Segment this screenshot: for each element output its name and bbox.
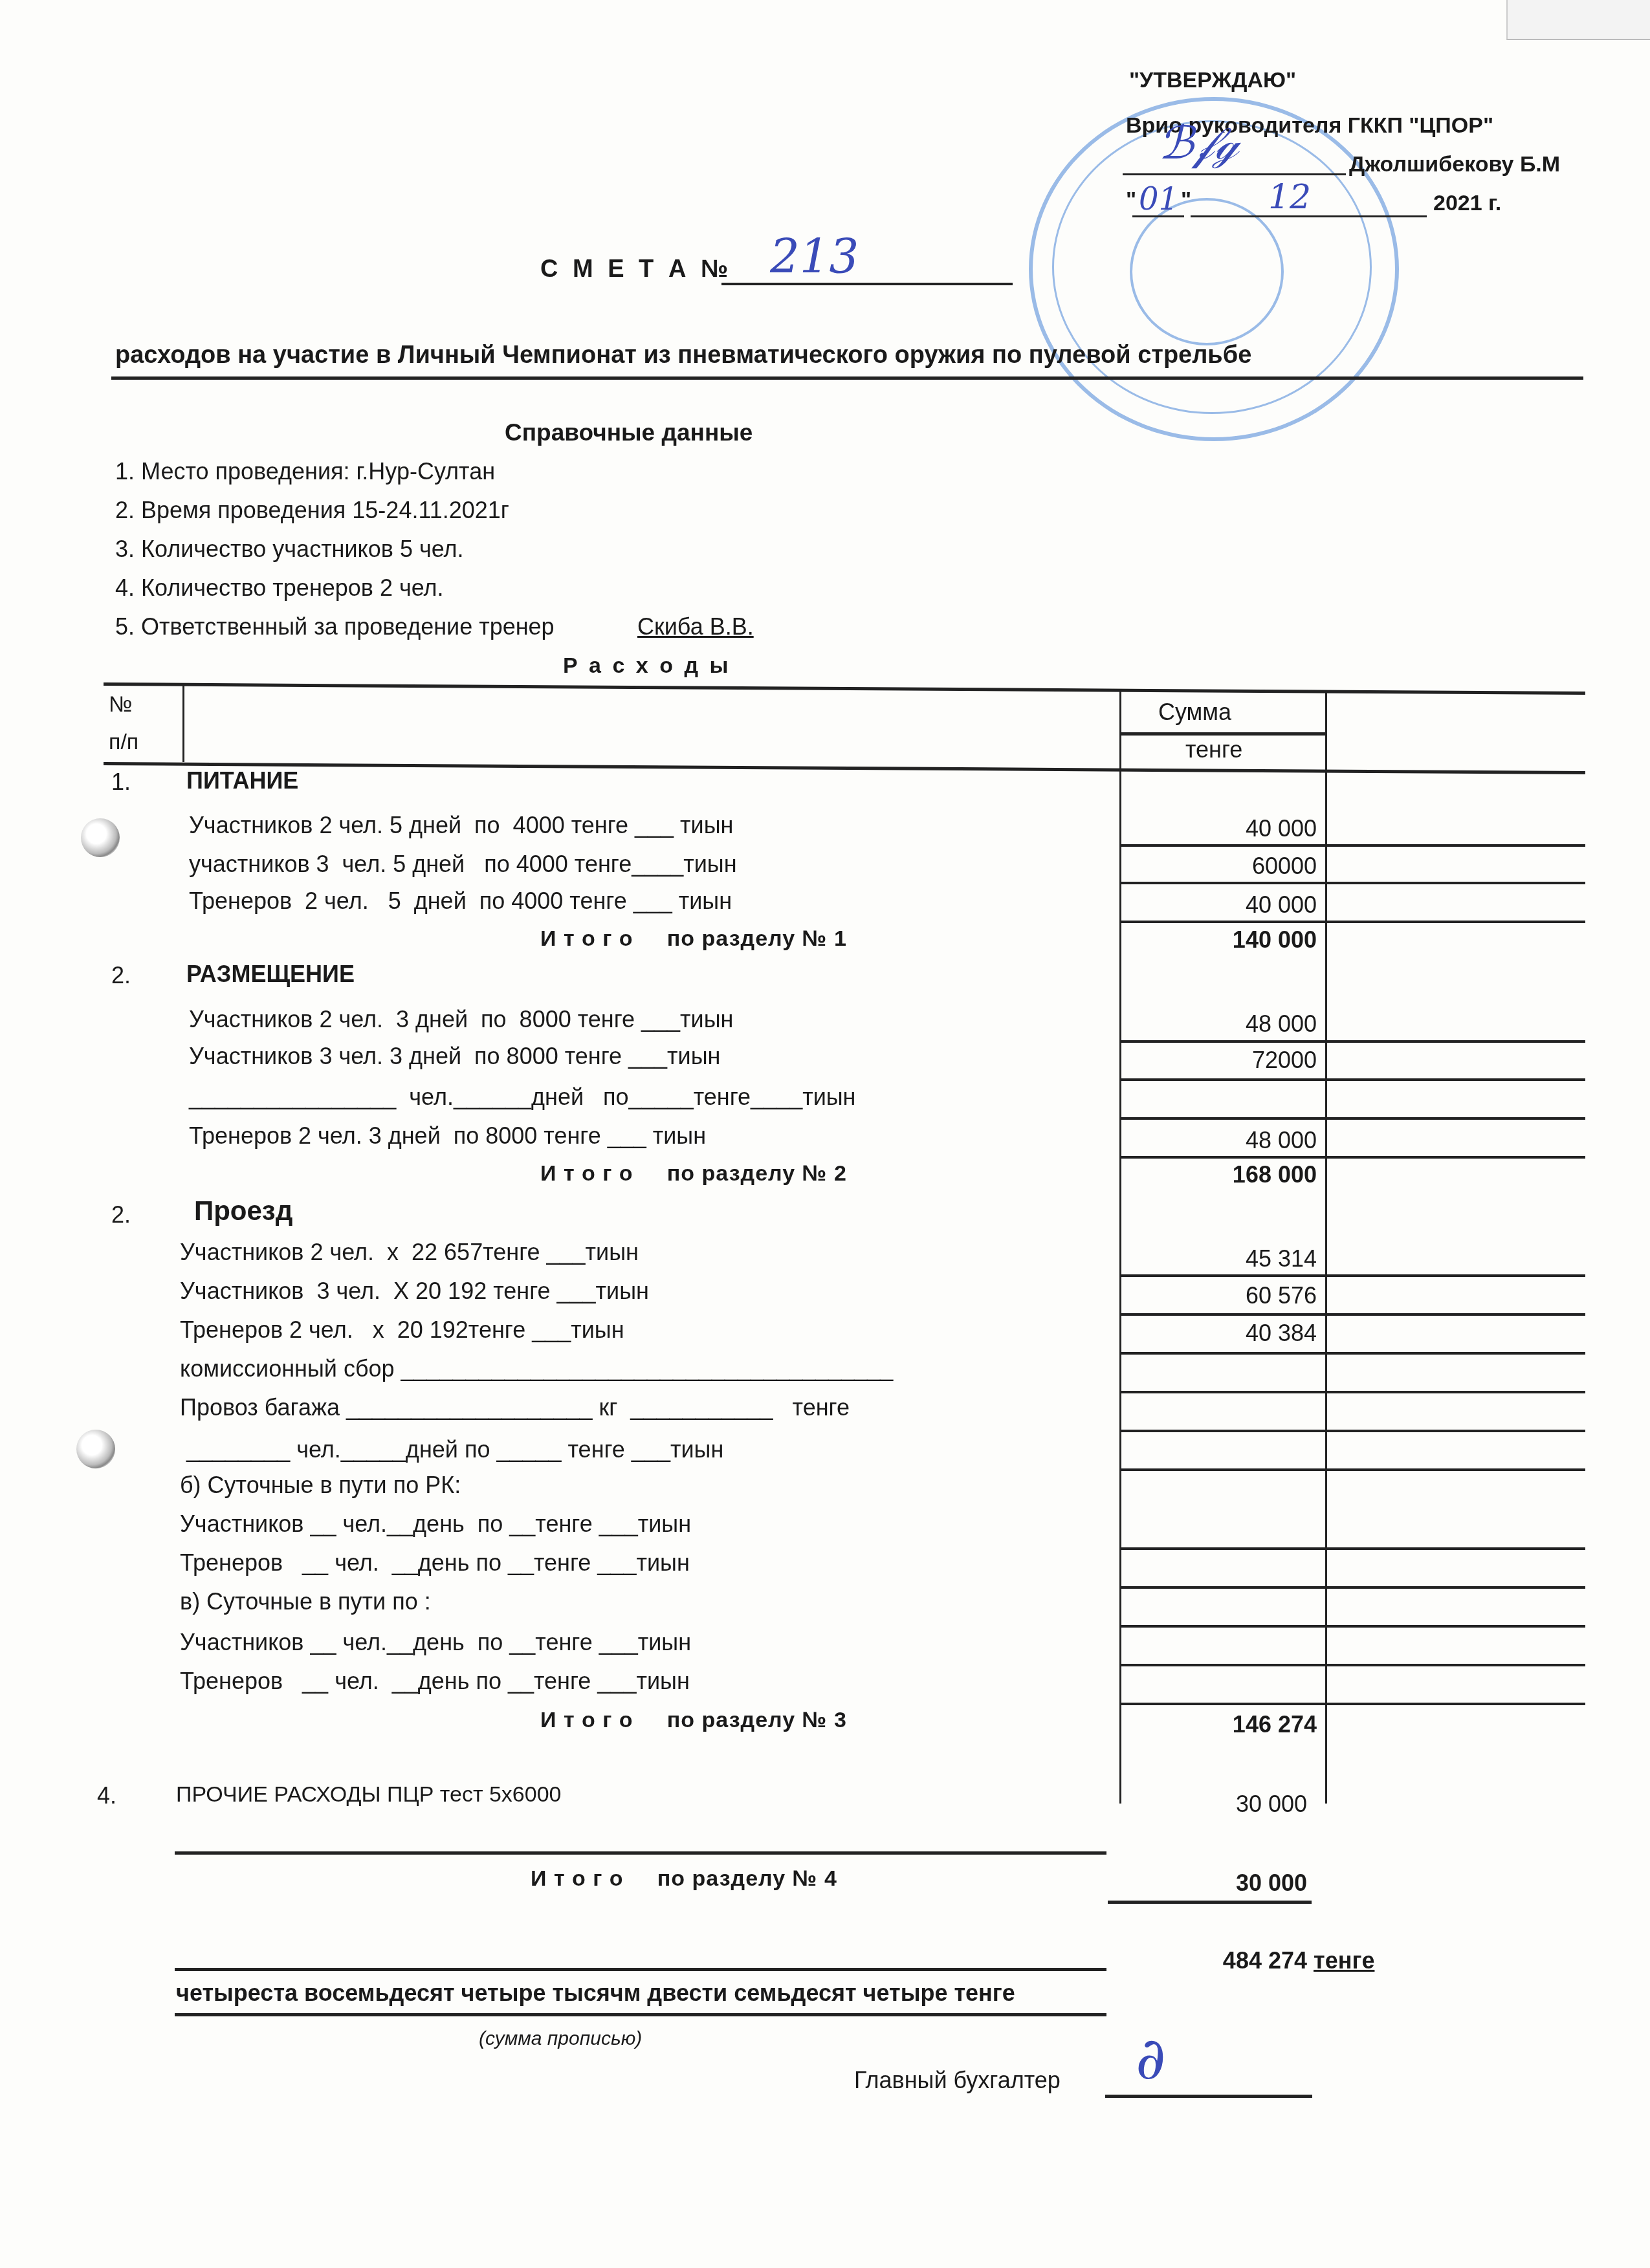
section-no: 2. [111,1201,131,1228]
approval-date-day: 01 [1139,181,1178,217]
approval-date-quote-close: " [1181,188,1191,213]
approval-date-quote-open: " [1126,188,1136,213]
document-title: С М Е Т А № [540,256,732,283]
col-header-no2: п/п [109,730,138,755]
words-caption: (сумма прописью) [479,2028,642,2050]
expense-row: участников 3 чел. 5 дней по 4000 тенге__… [189,851,737,878]
section-title: ПРОЧИЕ РАСХОДЫ ПЦР тест 5х6000 [176,1782,561,1807]
expense-row: Участников 2 чел. 5 дней по 4000 тенге _… [189,812,733,839]
expense-row: Тренеров 2 чел. 3 дней по 8000 тенге ___… [189,1122,706,1150]
section-total-label: И т о г о по разделу № 3 [540,1708,847,1733]
expense-row: б) Суточные в пути по РК: [180,1472,461,1499]
estimate-number: 213 [770,230,859,284]
grand-total: 484 274 [1113,1947,1307,1974]
section-title: ПИТАНИЕ [186,767,298,794]
approval-date-month: 12 [1268,178,1311,217]
expense-row: Участников 3 чел. Х 20 192 тенге ___тиын [180,1278,649,1305]
expense-row: комиссионный сбор ______________________… [180,1355,893,1382]
expense-row: Тренеров 2 чел. х 20 192тенге ___тиын [180,1316,624,1344]
section-total: 30 000 [1113,1870,1307,1897]
expense-amount: 72000 [1123,1047,1317,1074]
reference-item: 1. Место проведения: г.Нур-Султан [115,458,495,485]
expense-row: ________ чел._____дней по _____ тенге __… [180,1436,723,1463]
expense-row: Участников 2 чел. х 22 657тенге ___тиын [180,1239,639,1266]
expense-amount: 40 000 [1123,891,1317,919]
director-signature: ℬ𝒻ℊ [1158,116,1239,170]
section-title: РАЗМЕЩЕНИЕ [186,961,355,988]
expense-row: Участников __ чел.__день по __тенге ___т… [180,1510,691,1538]
expense-amount: 60 576 [1123,1282,1317,1309]
col-header-no: № [109,692,132,717]
expense-amount: 48 000 [1123,1010,1317,1038]
punch-hole [81,818,120,857]
reference-item: 2. Время проведения 15-24.11.2021г [115,497,509,524]
reference-item: 5. Ответственный за проведение тренер [115,613,555,640]
page-stack-edge [1506,0,1650,40]
punch-hole [76,1430,115,1468]
grand-total-currency: тенге [1314,1947,1374,1974]
expense-amount: 30 000 [1113,1791,1307,1818]
expense-amount: 45 314 [1123,1245,1317,1272]
reference-item: 4. Количество тренеров 2 чел. [115,574,444,602]
section-total: 168 000 [1123,1161,1317,1188]
section-no: 1. [111,769,131,796]
col-header-currency: тенге [1185,736,1242,763]
reference-heading: Справочные данные [505,419,753,446]
reference-item: 3. Количество участников 5 чел. [115,536,464,563]
chief-accountant-label: Главный бухгалтер [854,2067,1061,2094]
expense-amount: 48 000 [1123,1127,1317,1154]
expense-row-blank: ________________ чел.______дней по_____т… [189,1084,856,1111]
col-header-sum: Сумма [1158,699,1231,726]
approval-name: Джолшибекову Б.М [1349,152,1560,177]
section-total: 140 000 [1123,926,1317,954]
expense-row: Участников __ чел.__день по __тенге ___т… [180,1629,691,1656]
expense-row: Провоз багажа ___________________ кг ___… [180,1394,850,1421]
expenses-heading: Р а с х о д ы [563,653,731,679]
expense-amount: 60000 [1123,853,1317,880]
grand-total-words: четыреста восемьдесят четыре тысячм двес… [176,1979,1015,2007]
section-no: 2. [111,962,131,989]
responsible-trainer: Скиба В.В. [637,613,754,640]
expense-row: Участников 2 чел. 3 дней по 8000 тенге _… [189,1006,733,1033]
approval-heading: "УТВЕРЖДАЮ" [1129,68,1296,93]
expense-row: Тренеров __ чел. __день по __тенге ___ти… [180,1549,690,1576]
section-total-label: И т о г о по разделу № 4 [531,1866,837,1892]
expense-row: Тренеров 2 чел. 5 дней по 4000 тенге ___… [189,888,732,915]
approval-date-year: 2021 г. [1433,191,1501,216]
expense-amount: 40 384 [1123,1320,1317,1347]
section-total-label: И т о г о по разделу № 1 [540,926,847,952]
expense-row: Тренеров __ чел. __день по __тенге ___ти… [180,1668,690,1695]
section-total: 146 274 [1123,1711,1317,1738]
expense-row: в) Суточные в пути по : [180,1588,431,1615]
section-no: 4. [97,1782,116,1809]
section-total-label: И т о г о по разделу № 2 [540,1161,847,1186]
section-title: Проезд [194,1195,292,1227]
document-subtitle: расходов на участие в Личный Чемпионат и… [115,342,1251,369]
expense-amount: 40 000 [1123,815,1317,842]
expense-row: Участников 3 чел. 3 дней по 8000 тенге _… [189,1043,720,1070]
accountant-signature: ∂ [1136,2025,1166,2093]
